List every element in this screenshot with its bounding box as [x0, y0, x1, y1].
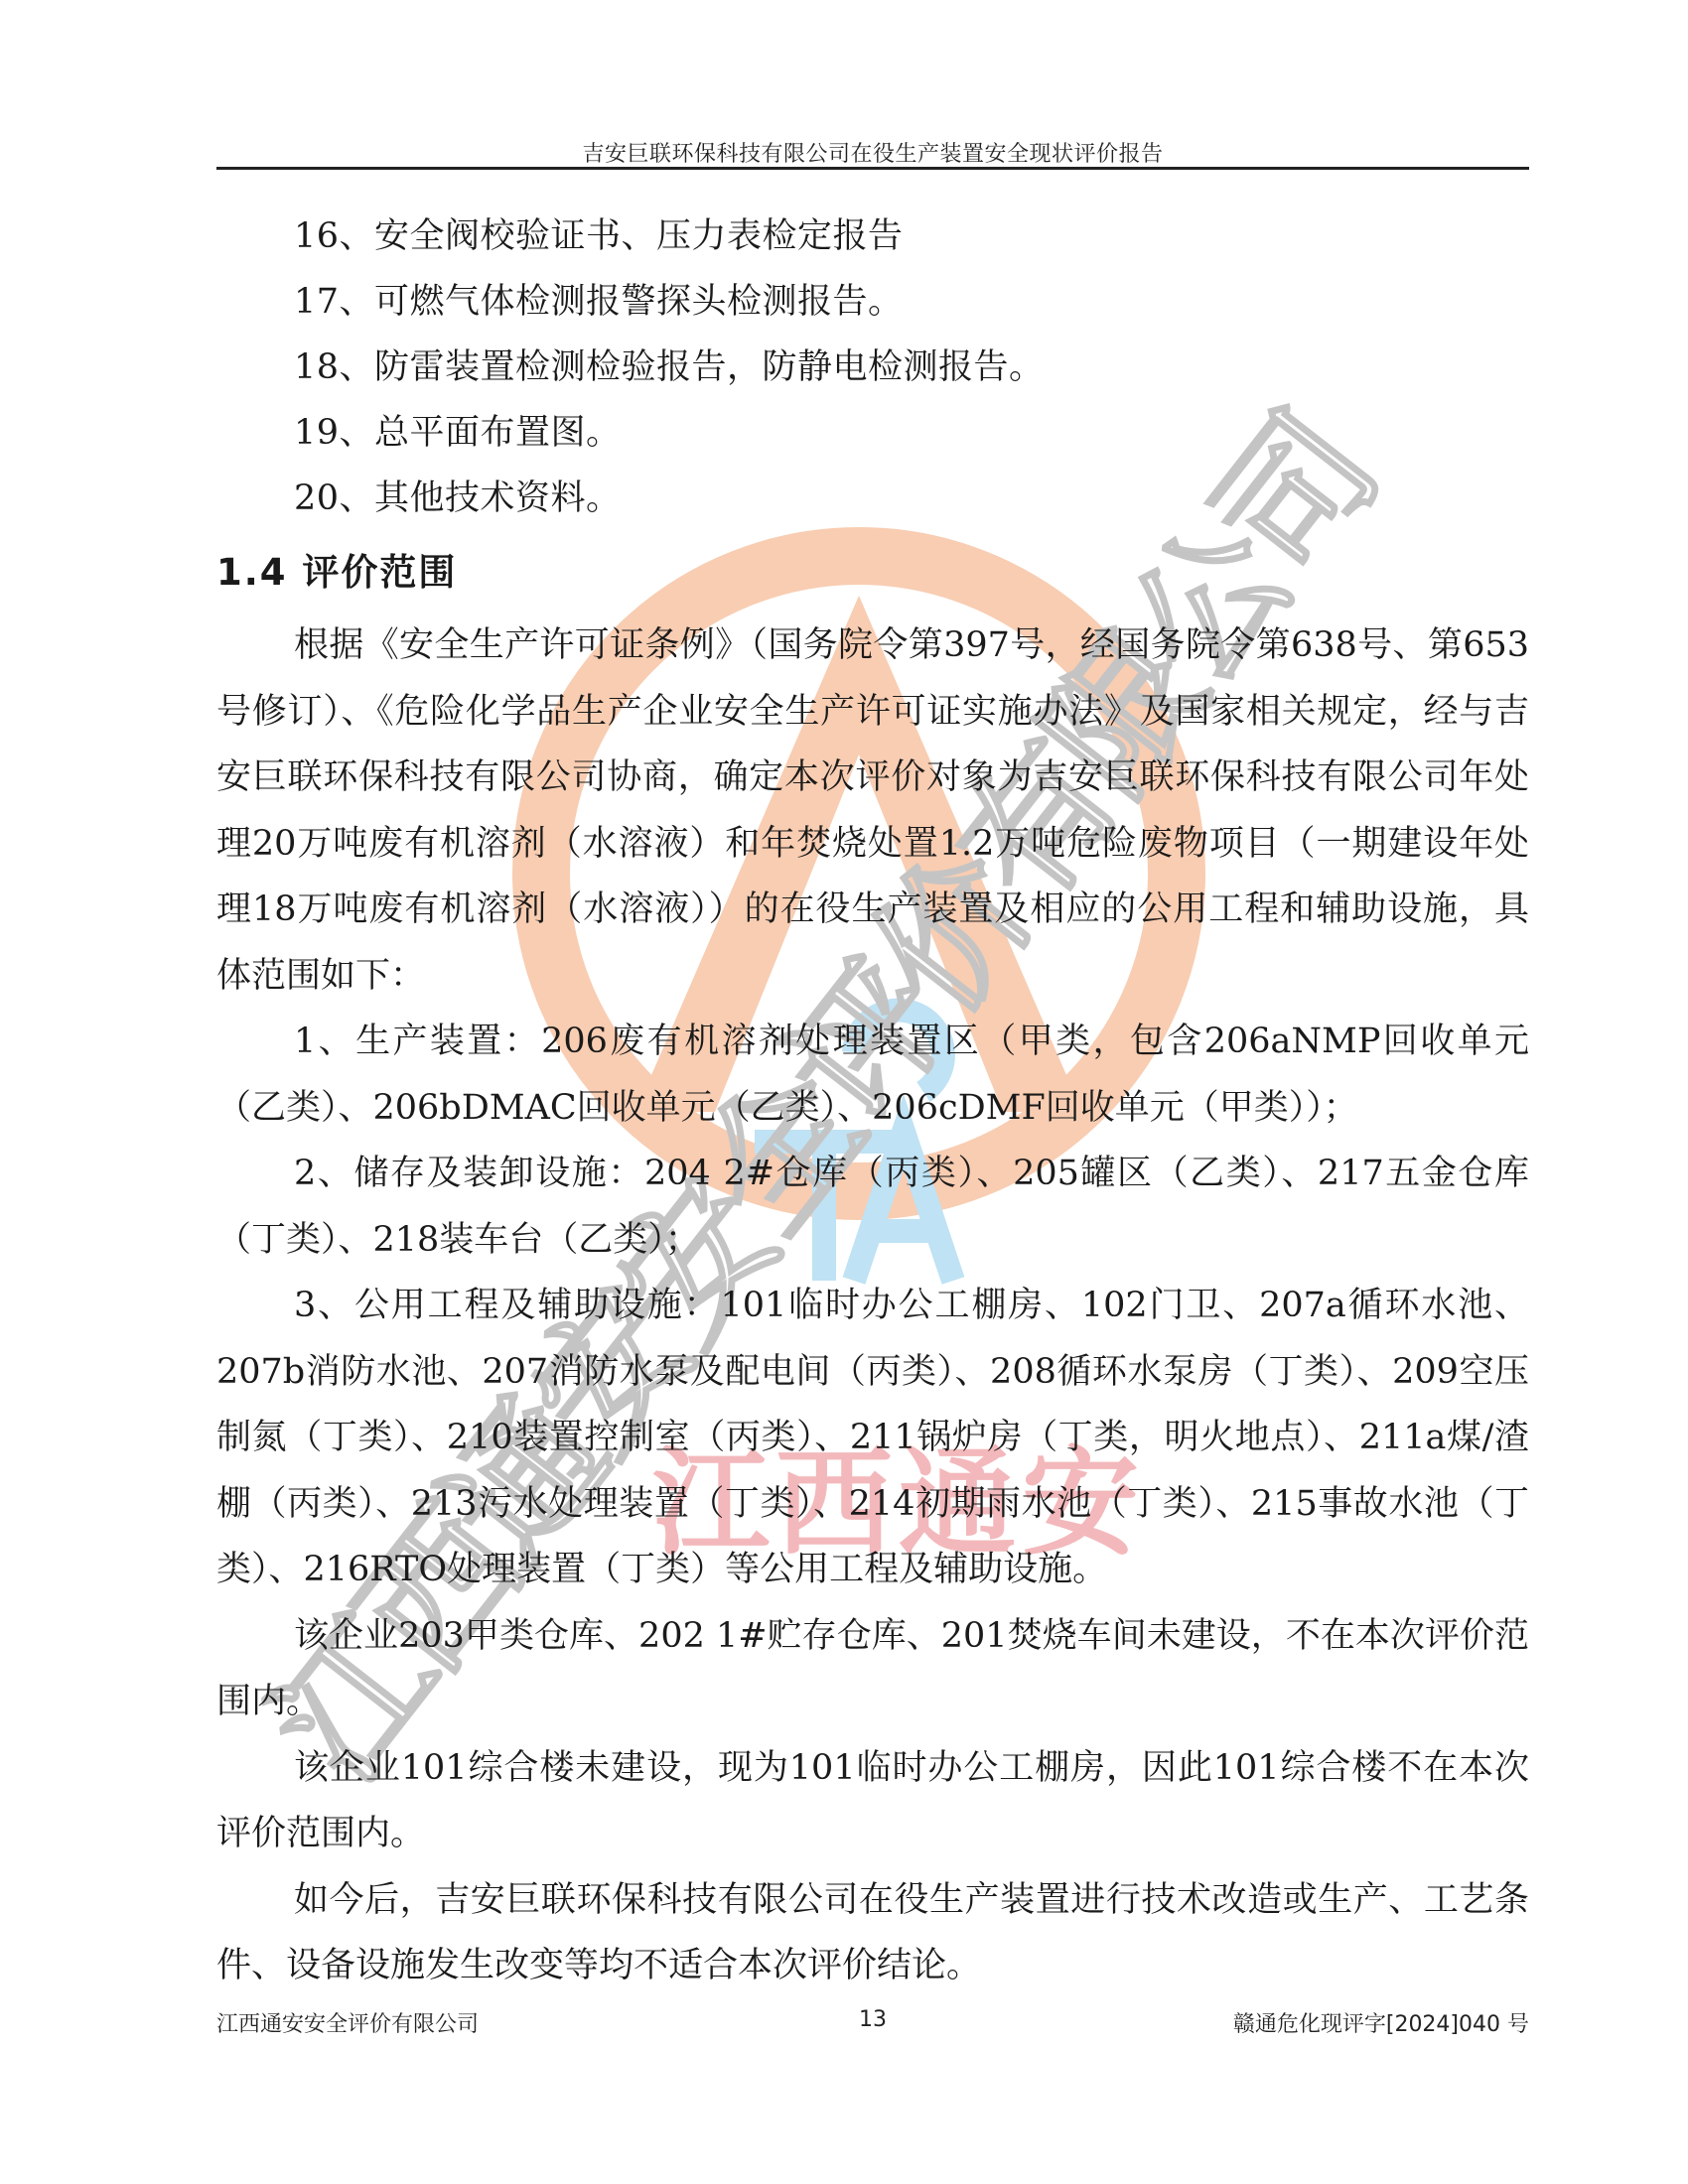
header-divider [216, 167, 1529, 170]
paragraph-validity-note: 如今后，吉安巨联环保科技有限公司在役生产装置进行技术改造或生产、工艺条件、设备设… [216, 1867, 1529, 1999]
paragraph-excluded-buildings: 该企业203甲类仓库、202 1#贮存仓库、201焚烧车间未建设，不在本次评价范… [216, 1603, 1529, 1735]
list-item: 16、安全阀校验证书、压力表检定报告 [216, 204, 1529, 269]
paragraph-production-units: 1、生产装置：206废有机溶剂处理装置区（甲类，包含206aNMP回收单元（乙类… [216, 1009, 1529, 1141]
paragraph-storage-facilities: 2、储存及装卸设施：204 2#仓库（丙类）、205罐区（乙类）、217五金仓库… [216, 1141, 1529, 1273]
page-header-title: 吉安巨联环保科技有限公司在役生产装置安全现状评价报告 [216, 137, 1529, 168]
list-item: 19、总平面布置图。 [216, 400, 1529, 466]
list-item: 20、其他技术资料。 [216, 466, 1529, 531]
paragraph-scope-basis: 根据《安全生产许可证条例》（国务院令第397号，经国务院令第638号、第653号… [216, 613, 1529, 1009]
page-content: 16、安全阀校验证书、压力表检定报告 17、可燃气体检测报警探头检测报告。 18… [216, 204, 1529, 1999]
paragraph-excluded-office: 该企业101综合楼未建设，现为101临时办公工棚房，因此101综合楼不在本次评价… [216, 1735, 1529, 1867]
section-heading: 1.4 评价范围 [216, 533, 1529, 613]
footer-doc-number: 赣通危化现评字[2024]040 号 [1233, 2007, 1529, 2038]
list-item: 18、防雷装置检测检验报告，防静电检测报告。 [216, 335, 1529, 400]
paragraph-utilities: 3、公用工程及辅助设施：101临时办公工棚房、102门卫、207a循环水池、20… [216, 1273, 1529, 1603]
page-footer: 江西通安安全评价有限公司 13 赣通危化现评字[2024]040 号 [216, 2007, 1529, 2043]
document-page: 江西通安 江西通安安全评价有限公司 吉安巨联环保科技有限公司在役生产装置安全现状… [0, 0, 1688, 2184]
list-item: 17、可燃气体检测报警探头检测报告。 [216, 269, 1529, 335]
